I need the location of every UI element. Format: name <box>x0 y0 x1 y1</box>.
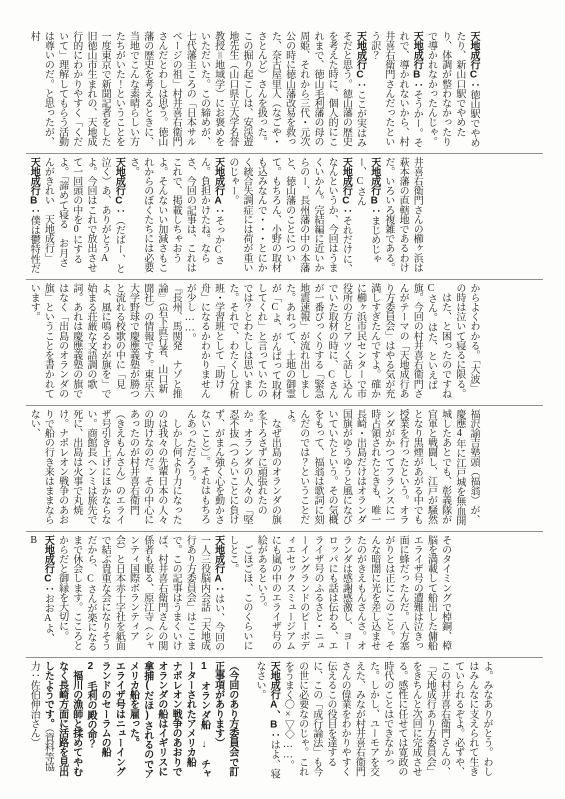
body-paragraph: はた、と困ったのですねCさん。はた、といえば旗。今回の村井喜右衛門さんがテーマの… <box>182 283 452 401</box>
dialogue-text: 井喜右衛門さんの櫛ヶ浜は萩本藩の直轄地であるわけだ。いろいろ複雑である。 <box>383 157 422 272</box>
body-paragraph: なぜ出島のオランダの旗を下ろさずに頑張れたのか。オランダの人々の「堅忍不抜（つら… <box>182 409 281 527</box>
tier-divider-rule <box>26 531 543 532</box>
dialogue-line: 天地成行C：徳山駅でやめたり、新山口駅でやめたり、体調が整わなかったりで導かれな… <box>423 31 480 149</box>
speaker-label: 天地成行B： <box>369 157 380 216</box>
speaker-label: 天地成行C： <box>42 535 53 594</box>
dialogue-line: 天地成行B：まじめじゃー、Cさん <box>352 157 380 275</box>
text-tier-3: からよくわかる。「大波」の時は泣いて寝るに限る。 はた、と困ったのですねCさん。… <box>26 281 486 403</box>
dialogue-line: 天地成行B：そうかー。それで、導かれないから、村井喜右衛門さんだったという訳？ <box>367 31 424 149</box>
body-paragraph: 『長州、馬関発 ナゾと推論』（岩下直行著、山口新聞社）の情報です。東京六大学野球… <box>26 283 182 401</box>
dialogue-text: はい、今回の一人三役脳内会話「天地成行あり方委員会」はここまで。この記事はうまく… <box>57 535 224 651</box>
continuation-paragraph: よ。みなありがとう。わしはみんなに支えられて生きていられるぞよ。必ずや、この村井… <box>280 661 493 779</box>
text-tier-5: そのタイミングで棹銅、樟脳を満載して船出した傭船エライザ号の遭難は泣きっ面に蜂だ… <box>26 533 458 655</box>
correction-item-1-detail-2: エライザ号はニューイングランドのセーラムの船 <box>97 661 125 779</box>
tier-divider-rule <box>26 279 543 280</box>
dialogue-line: 天地成行C：ここが実はみそだと思う。徳山藩の歴史を考えた時に、個人的にこれまで、… <box>26 31 367 149</box>
dialogue-text: それだけに、なんというか、今回はうまくいかん。完結編に近いからのー、長州藩の中の… <box>227 157 352 273</box>
speaker-label: 天地成行C： <box>468 31 479 90</box>
correction-text: 1 オランダ船 ↓ チャーターされたアメリカ船 <box>184 661 209 778</box>
correction-text: エライザ号はニューイングランドのセーラムの船 <box>99 661 124 776</box>
correction-item-1: 1 オランダ船 ↓ チャーターされたアメリカ船 <box>182 661 210 779</box>
dialogue-line: 天地成行A：そっかCさん。負担かけたね。ならさ、今回の記事は、これはこれで、掲載… <box>125 157 224 275</box>
dialogue-line: 天地成行C：おおAよ、B <box>26 535 54 653</box>
dialogue-text: そのタイミングで棹銅、樟脳を満載して船出した傭船エライザ号の遭難は泣きっ面に蜂だ… <box>255 535 450 650</box>
body-paragraph: ごほごほ、このくらいにしとこ。 <box>225 535 253 653</box>
text-tier-1: 天地成行C：徳山駅でやめたり、新山口駅でやめたり、体調が整わなかったりで導かれな… <box>26 29 486 151</box>
dialogue-text: からよくわかる。「大波」の時は泣いて寝るに限る。 <box>454 283 479 398</box>
dialogue-text: しかし何より力になったのは我々の先輩日本の人々の助けなのだ。その中心にあったのが… <box>28 409 181 524</box>
speaker-label: 天地成行B： <box>411 31 422 90</box>
tier-divider-rule <box>26 405 543 406</box>
dialogue-line: 天地成行A、B：はよ、寝なさい。 <box>252 661 280 779</box>
correction-text: ナポレオン戦争のあおりでオランダの船はイギリスに拿捕(だほ)されるのでアメリカ船… <box>128 661 182 778</box>
speaker-label: 天地成行B： <box>28 157 39 216</box>
tier-divider-rule <box>26 153 543 154</box>
dialogue-text: 『長州、馬関発 ナゾと推論』（岩下直行著、山口新聞社）の情報です。東京六大学野球… <box>28 283 181 398</box>
dialogue-text: 僕は鬱特性だ <box>28 216 39 274</box>
dialogue-text: なぜ出島のオランダの旗を下ろさずに頑張れたのか。オランダの人々の「堅忍不抜（つら… <box>184 409 280 524</box>
continuation-paragraph: からよくわかる。「大波」の時は泣いて寝るに限る。 <box>452 283 480 401</box>
tier-divider-rule <box>26 657 543 658</box>
body-paragraph: 福沢諭吉塾頭（福翁）が、慶應4年に江戸城を無血開城したあとでも、彰義隊が官軍と戦… <box>281 409 480 527</box>
correction-text: 2 毛利の殿の命？ <box>85 661 96 748</box>
correction-item-1-detail: ナポレオン戦争のあおりでオランダの船はイギリスに拿捕(だほ)されるのでアメリカ船… <box>125 661 182 779</box>
correction-item-2-detail: 福川の漁師と揉めてやむなく長崎方面に活路を見出したようです。（資料等協力：佐伯伸… <box>26 661 83 779</box>
speaker-label: 天地成行C： <box>355 31 366 90</box>
corrections-heading: （今回のあり方委員会で訂正事項があります） <box>210 661 238 779</box>
body-paragraph: しかし何より力になったのは我々の先輩日本の人々の助けなのだ。その中心にあったのが… <box>26 409 182 527</box>
dialogue-text: そっかCさん。負担かけたね。ならさ、今回の記事は、これはこれで、掲載しちゃおうよ… <box>128 157 224 272</box>
dialogue-text: はた、と困ったのですねCさん。はた、といえば旗。今回の村井喜右衛門さんがテーマの… <box>184 283 450 399</box>
dialogue-line: 天地成行C：（だばー、と泣く）あ、ありがとうAよ。今回はこれで放出させて一回頭の… <box>40 157 125 275</box>
dialogue-line: 天地成行B：僕は鬱特性だ <box>26 157 40 275</box>
text-tier-4: 福沢諭吉塾頭（福翁）が、慶應4年に江戸城を無血開城したあとでも、彰義隊が官軍と戦… <box>26 407 486 529</box>
text-tier-2: 井喜右衛門さんの櫛ヶ浜は萩本藩の直轄地であるわけだ。いろいろ複雑である。 天地成… <box>26 155 429 277</box>
speaker-label: 天地成行A： <box>213 535 224 594</box>
dialogue-text: ここが実はみそだと思う。徳山藩の歴史を考えた時に、個人的にこれまで、徳山毛利藩の… <box>28 31 365 147</box>
dialogue-line: 天地成行A：はい、今回の一人三役脳内会話「天地成行あり方委員会」はここまで。この… <box>54 535 224 653</box>
continuation-paragraph: そのタイミングで棹銅、樟脳を満載して船出した傭船エライザ号の遭難は泣きっ面に蜂だ… <box>253 535 452 653</box>
speaker-label: 天地成行C： <box>340 157 351 216</box>
correction-item-2: 2 毛利の殿の命？ <box>83 661 97 779</box>
speaker-label: 天地成行A： <box>213 157 224 216</box>
speaker-label: 天地成行C： <box>113 157 124 216</box>
speaker-label: 天地成行A、B： <box>268 661 279 740</box>
dialogue-line: 天地成行C：それだけに、なんというか、今回はうまくいかん。完結編に近いからのー、… <box>225 157 353 275</box>
continuation-paragraph: 井喜右衛門さんの櫛ヶ浜は萩本藩の直轄地であるわけだ。いろいろ複雑である。 <box>381 157 424 275</box>
dialogue-text: よ。みなありがとう。わしはみんなに支えられて生きていられるぞよ。必ずや、この村井… <box>282 661 492 776</box>
dialogue-text: ごほごほ、このくらいにしとこ。 <box>227 535 252 650</box>
article-page: 天地成行C：徳山駅でやめたり、新山口駅でやめたり、体調が整わなかったりで導かれな… <box>0 0 565 799</box>
corrections-heading-text: （今回のあり方委員会で訂正事項があります） <box>213 661 238 776</box>
text-tier-6: よ。みなありがとう。わしはみんなに支えられて生きていられるぞよ。必ずや、この村井… <box>26 659 499 781</box>
dialogue-text: 福沢諭吉塾頭（福翁）が、慶應4年に江戸城を無血開城したあとでも、彰義隊が官軍と戦… <box>284 409 479 525</box>
